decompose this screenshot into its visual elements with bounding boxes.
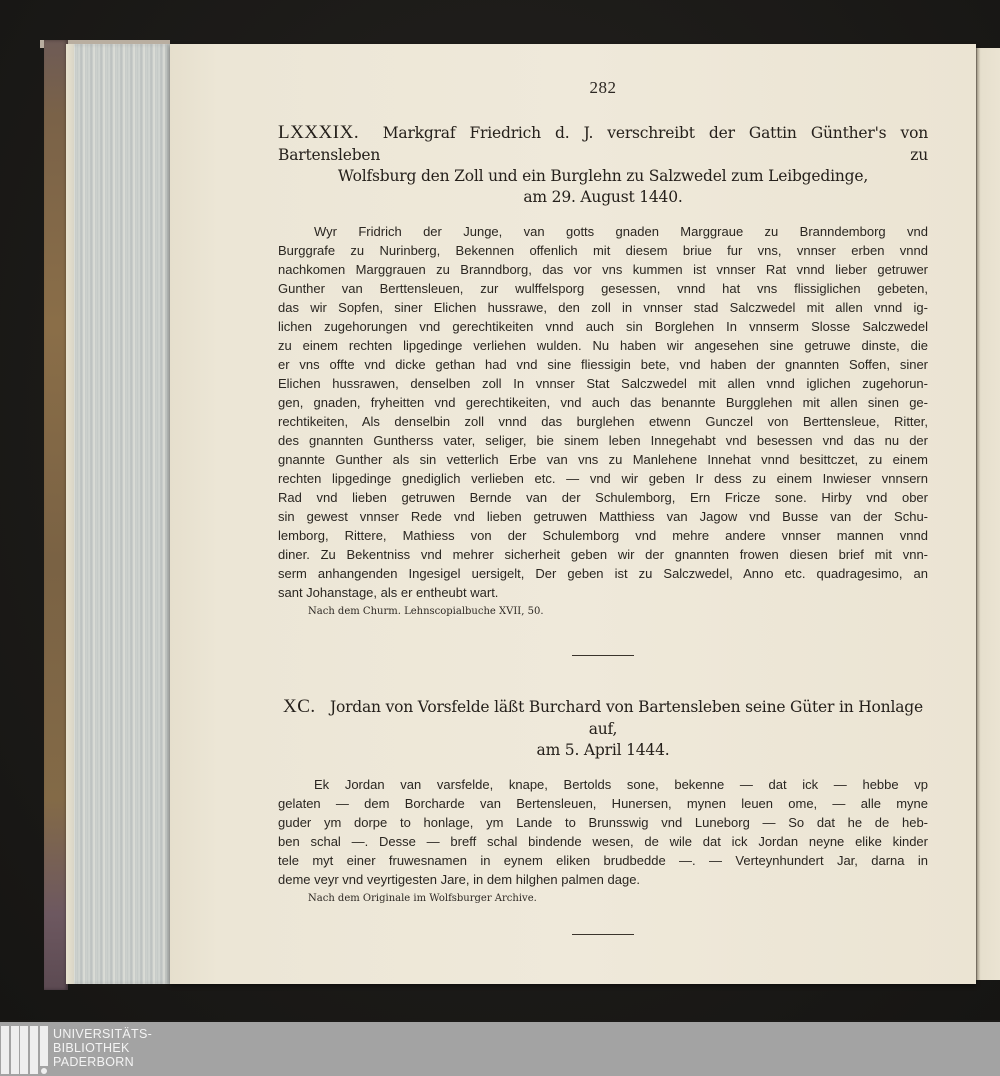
next-page-edge	[976, 48, 1000, 980]
text-line: sin gewest vnnser Rede vnd lieben getruw…	[278, 507, 928, 526]
document-xc: XC. Jordan von Vorsfelde läßt Burchard v…	[278, 696, 928, 904]
document-heading: XC. Jordan von Vorsfelde läßt Burchard v…	[278, 696, 928, 761]
text-line: serm anhangenden Ingesigel uersigelt, De…	[278, 564, 928, 583]
text-line: ben schal —. Desse — breff schal bindend…	[278, 832, 928, 851]
text-line: rechtikeiten, Als denselbin zoll vnnd da…	[278, 412, 928, 431]
logo-line: PADERBORN	[53, 1055, 152, 1069]
document-heading: LXXXIX. Markgraf Friedrich d. J. verschr…	[278, 122, 928, 208]
document-body: Ek Jordan van varsfelde, knape, Bertolds…	[278, 775, 928, 889]
text-line: lichen zugehorungen vnd gerechtikeiten v…	[278, 317, 928, 336]
logo-line: BIBLIOTHEK	[53, 1041, 152, 1055]
book-cover-edge	[44, 40, 68, 990]
source-note: Nach dem Churm. Lehnscopialbuche XVII, 5…	[308, 606, 928, 617]
text-line: deme veyr vnd veyrtigesten Jare, in dem …	[278, 870, 928, 889]
document-lxxxix: LXXXIX. Markgraf Friedrich d. J. verschr…	[278, 122, 928, 617]
heading-text: Markgraf Friedrich d. J. verschreibt der…	[278, 124, 928, 164]
text-line: Elichen hussrawen, denselben zoll In vnn…	[278, 374, 928, 393]
text-line: gnannte Gunther als sin vetterlich Erbe …	[278, 450, 928, 469]
document-numeral: XC.	[283, 696, 316, 717]
text-line: lemborg, Rittere, Mathiess von der Schul…	[278, 526, 928, 545]
text-line: gelaten — dem Borcharde van Bertensleuen…	[278, 794, 928, 813]
text-line: Rad vnd lieben getruwen Bernde van der S…	[278, 488, 928, 507]
heading-text: Jordan von Vorsfelde läßt Burchard von B…	[330, 698, 923, 738]
section-separator	[572, 655, 634, 656]
text-line: guder ym dorpe to honlage, ym Lande to B…	[278, 813, 928, 832]
text-line: des gnannten Guntherss vater, seliger, b…	[278, 431, 928, 450]
document-numeral: LXXXIX.	[278, 122, 359, 143]
text-line: er vns offte vnd dicke gethan had vnd si…	[278, 355, 928, 374]
source-note: Nach dem Originale im Wolfsburger Archiv…	[308, 893, 928, 904]
text-line: nachkomen Marggrauen zu Branndborg, das …	[278, 260, 928, 279]
text-line: rechten lipgedinge gnediglich verlieben …	[278, 469, 928, 488]
library-logo-text: UNIVERSITÄTS- BIBLIOTHEK PADERBORN	[53, 1027, 152, 1069]
book-page: 282 LXXXIX. Markgraf Friedrich d. J. ver…	[170, 44, 976, 984]
page-number: 282	[278, 78, 928, 98]
heading-line: Wolfsburg den Zoll und ein Burglehn zu S…	[278, 166, 928, 187]
page-content: 282 LXXXIX. Markgraf Friedrich d. J. ver…	[278, 78, 928, 975]
library-footer: UNIVERSITÄTS- BIBLIOTHEK PADERBORN	[0, 1022, 1000, 1076]
text-line: zu einem rechten lipgedinge verliehen wu…	[278, 336, 928, 355]
heading-line: XC. Jordan von Vorsfelde läßt Burchard v…	[278, 696, 928, 740]
text-line: Wyr Fridrich der Junge, van gotts gnaden…	[278, 222, 928, 241]
document-body: Wyr Fridrich der Junge, van gotts gnaden…	[278, 222, 928, 602]
heading-line: LXXXIX. Markgraf Friedrich d. J. verschr…	[278, 122, 928, 166]
heading-date: am 29. August 1440.	[278, 187, 928, 208]
text-line: diner. Zu Bekentniss vnd mehrer sicherhe…	[278, 545, 928, 564]
logo-line: UNIVERSITÄTS-	[53, 1027, 152, 1041]
text-line: Gunther van Berttensleuen, zur wulffelsp…	[278, 279, 928, 298]
page-stack-edge	[66, 44, 170, 984]
end-separator	[572, 934, 634, 935]
text-line: das wir Sopfen, siner Elichen hussrawe, …	[278, 298, 928, 317]
text-line: Burggrafe zu Nurinberg, Bekennen offenli…	[278, 241, 928, 260]
text-line: sant Johanstage, als er entheubt wart.	[278, 583, 928, 602]
text-line: tele myt einer fruwesnamen in eynem elik…	[278, 851, 928, 870]
heading-date: am 5. April 1444.	[278, 740, 928, 761]
text-line: gen, gnaden, fryheitten vnd gerechtikeit…	[278, 393, 928, 412]
text-line: Ek Jordan van varsfelde, knape, Bertolds…	[278, 775, 928, 794]
